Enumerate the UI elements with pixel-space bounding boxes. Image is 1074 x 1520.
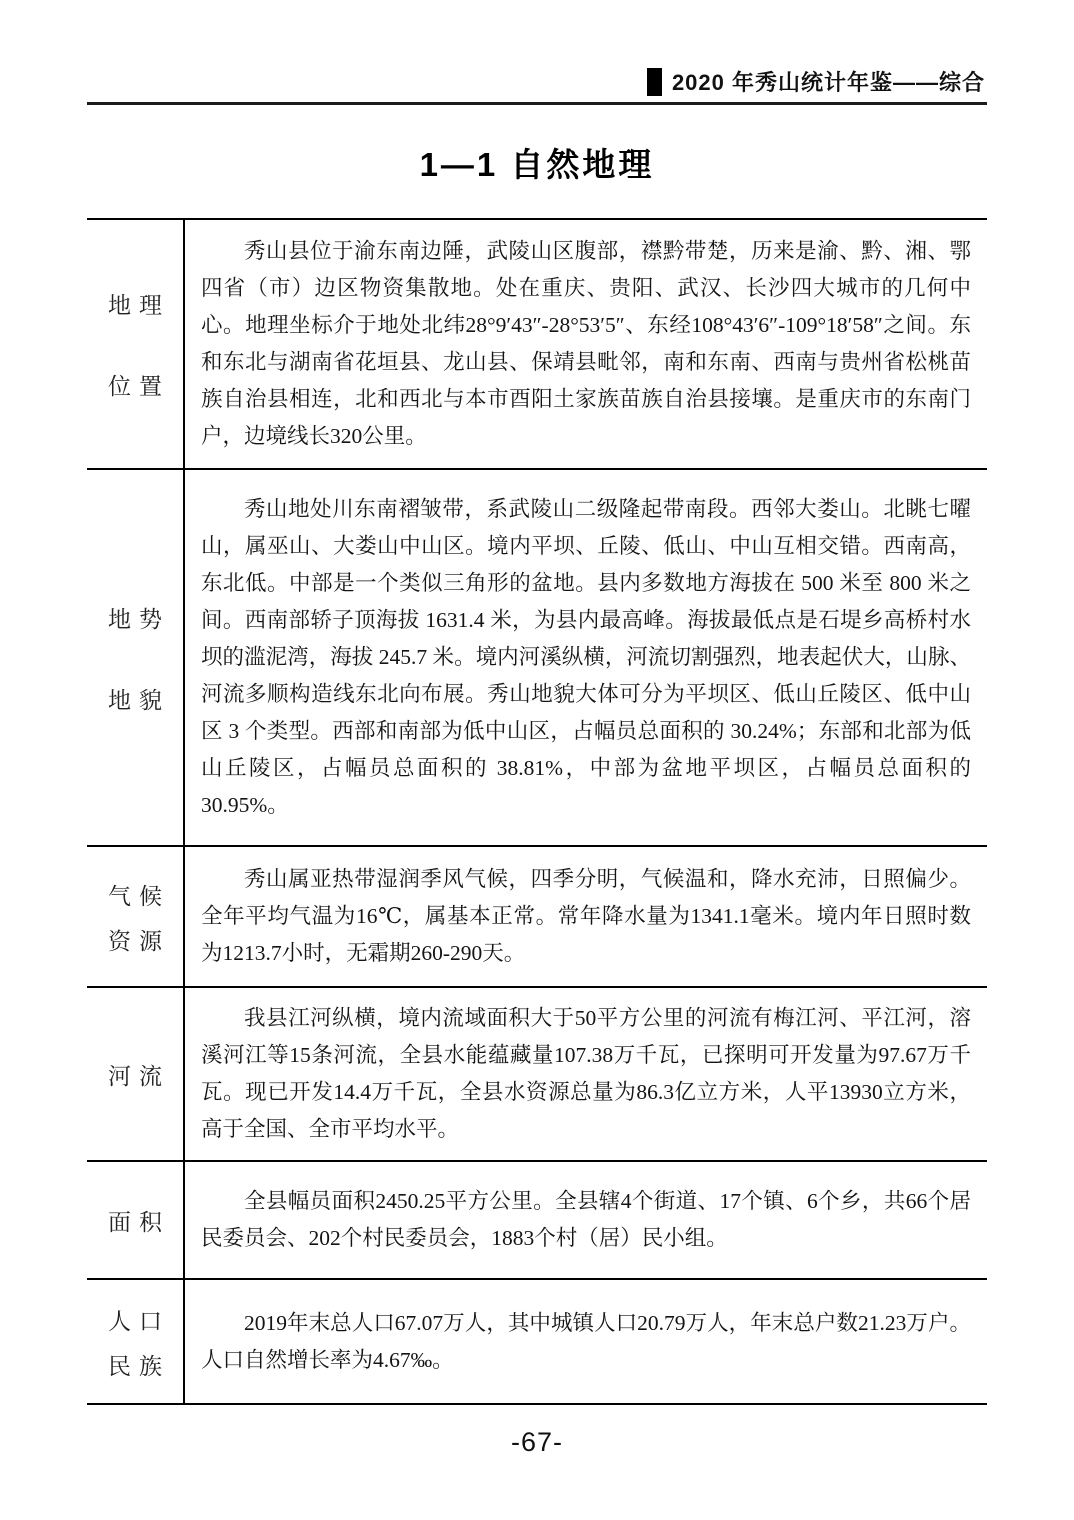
page-header: 2020 年秀山统计年鉴——综合	[87, 0, 987, 105]
row-label-line: 资源	[100, 923, 170, 956]
table-row-geographic-location: 地理 位置 秀山县位于渝东南边陲，武陵山区腹部，襟黔带楚，历来是渝、黔、湘、鄂四…	[87, 218, 987, 468]
table-row-climate-resources: 气候 资源 秀山属亚热带湿润季风气候，四季分明，气候温和，降水充沛，日照偏少。全…	[87, 845, 987, 986]
table-row-population-ethnicity: 人口 民族 2019年末总人口67.07万人，其中城镇人口20.79万人，年末总…	[87, 1278, 987, 1403]
row-label-line: 地貌	[100, 682, 170, 715]
row-text: 秀山属亚热带湿润季风气候，四季分明，气候温和，降水充沛，日照偏少。全年平均气温为…	[201, 861, 971, 972]
row-text: 2019年末总人口67.07万人，其中城镇人口20.79万人，年末总户数21.2…	[201, 1305, 971, 1379]
row-content-terrain-landform: 秀山地处川东南褶皱带，系武陵山二级隆起带南段。西邻大娄山。北眺七曜山，属巫山、大…	[185, 470, 987, 845]
table-row-terrain-landform: 地势 地貌 秀山地处川东南褶皱带，系武陵山二级隆起带南段。西邻大娄山。北眺七曜山…	[87, 468, 987, 845]
geography-table: 地理 位置 秀山县位于渝东南边陲，武陵山区腹部，襟黔带楚，历来是渝、黔、湘、鄂四…	[87, 218, 987, 1405]
sheet: 2020 年秀山统计年鉴——综合 1—1 自然地理 地理 位置 秀山县位于渝东南…	[87, 0, 987, 1458]
row-content-geographic-location: 秀山县位于渝东南边陲，武陵山区腹部，襟黔带楚，历来是渝、黔、湘、鄂四省（市）边区…	[185, 220, 987, 468]
row-content-area: 全县幅员面积2450.25平方公里。全县辖4个街道、17个镇、6个乡，共66个居…	[185, 1162, 987, 1278]
table-row-area: 面积 全县幅员面积2450.25平方公里。全县辖4个街道、17个镇、6个乡，共6…	[87, 1160, 987, 1278]
row-text: 秀山地处川东南褶皱带，系武陵山二级隆起带南段。西邻大娄山。北眺七曜山，属巫山、大…	[201, 491, 971, 824]
row-label-line: 面积	[100, 1204, 170, 1237]
row-content-population-ethnicity: 2019年末总人口67.07万人，其中城镇人口20.79万人，年末总户数21.2…	[185, 1280, 987, 1403]
row-text: 全县幅员面积2450.25平方公里。全县辖4个街道、17个镇、6个乡，共66个居…	[201, 1183, 971, 1257]
page-title: 1—1 自然地理	[87, 139, 987, 186]
row-content-climate-resources: 秀山属亚热带湿润季风气候，四季分明，气候温和，降水充沛，日照偏少。全年平均气温为…	[185, 847, 987, 986]
row-label-rivers: 河流	[87, 988, 185, 1160]
row-label-geographic-location: 地理 位置	[87, 220, 185, 468]
row-label-climate-resources: 气候 资源	[87, 847, 185, 986]
row-label-line: 气候	[100, 878, 170, 911]
row-label-line: 地理	[100, 287, 170, 320]
page-number: -67-	[87, 1427, 987, 1458]
row-label-line: 人口	[100, 1303, 170, 1336]
yearbook-header-text: 2020 年秀山统计年鉴——综合	[672, 66, 985, 97]
header-rule	[87, 102, 987, 105]
table-row-rivers: 河流 我县江河纵横，境内流域面积大于50平方公里的河流有梅江河、平江河，溶溪河江…	[87, 986, 987, 1160]
row-label-line: 地势	[100, 601, 170, 634]
row-text: 我县江河纵横，境内流域面积大于50平方公里的河流有梅江河、平江河，溶溪河江等15…	[201, 1000, 971, 1148]
page: 2020 年秀山统计年鉴——综合 1—1 自然地理 地理 位置 秀山县位于渝东南…	[0, 0, 1074, 1520]
row-label-area: 面积	[87, 1162, 185, 1278]
row-label-population-ethnicity: 人口 民族	[87, 1280, 185, 1403]
row-label-line: 位置	[100, 368, 170, 401]
row-label-line: 河流	[100, 1058, 170, 1091]
row-text: 秀山县位于渝东南边陲，武陵山区腹部，襟黔带楚，历来是渝、黔、湘、鄂四省（市）边区…	[201, 233, 971, 455]
yearbook-header: 2020 年秀山统计年鉴——综合	[87, 66, 987, 97]
row-content-rivers: 我县江河纵横，境内流域面积大于50平方公里的河流有梅江河、平江河，溶溪河江等15…	[185, 988, 987, 1160]
row-label-line: 民族	[100, 1348, 170, 1381]
header-block-icon	[647, 68, 662, 96]
row-label-terrain-landform: 地势 地貌	[87, 470, 185, 845]
